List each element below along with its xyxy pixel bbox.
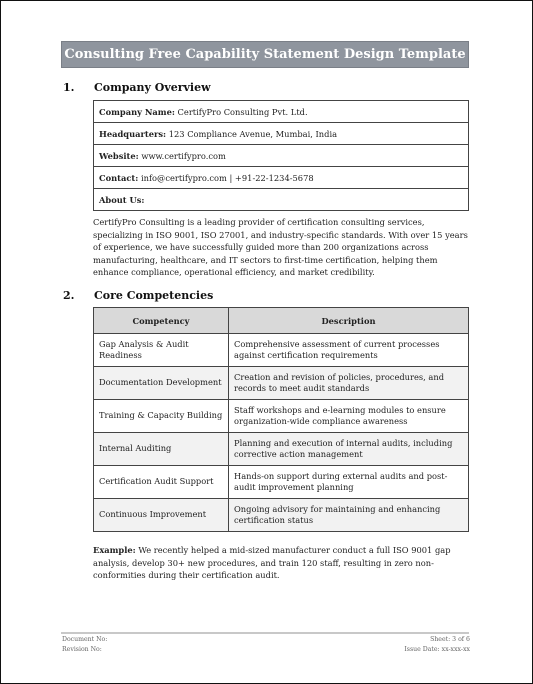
footer-divider (61, 632, 469, 634)
section-heading-core-competencies: 2.Core Competencies (63, 289, 213, 302)
competency-cell: Gap Analysis & Audit Readiness (94, 334, 229, 367)
table-row: Gap Analysis & Audit Readiness Comprehen… (94, 334, 469, 367)
info-row-headquarters: Headquarters: 123 Compliance Avenue, Mum… (94, 123, 469, 145)
info-row-website: Website: www.certifypro.com (94, 145, 469, 167)
footer-document-no: Document No: (62, 636, 107, 643)
example-paragraph: Example: We recently helped a mid-sized … (93, 544, 471, 582)
competency-cell: Certification Audit Support (94, 466, 229, 499)
table-row: Certification Audit Support Hands-on sup… (94, 466, 469, 499)
info-label: Website: (99, 151, 139, 161)
info-value: CertifyPro Consulting Pvt. Ltd. (175, 107, 308, 117)
info-row-about-us: About Us: (94, 189, 469, 211)
description-cell: Ongoing advisory for maintaining and enh… (229, 499, 469, 532)
description-cell: Planning and execution of internal audit… (229, 433, 469, 466)
table-row: Training & Capacity Building Staff works… (94, 400, 469, 433)
section-number: 2. (63, 289, 94, 302)
competency-cell: Internal Auditing (94, 433, 229, 466)
description-cell: Comprehensive assessment of current proc… (229, 334, 469, 367)
section-title: Company Overview (94, 81, 211, 94)
footer-sheet: Sheet: 3 of 6 (430, 636, 470, 643)
description-cell: Staff workshops and e-learning modules t… (229, 400, 469, 433)
competency-cell: Continuous Improvement (94, 499, 229, 532)
info-label: About Us: (99, 195, 145, 205)
competencies-table: Competency Description Gap Analysis & Au… (93, 307, 469, 532)
info-value: info@certifypro.com | +91-22-1234-5678 (138, 173, 313, 183)
section-title: Core Competencies (94, 289, 213, 302)
table-header-row: Competency Description (94, 308, 469, 334)
info-value: www.certifypro.com (139, 151, 226, 161)
document-title: Consulting Free Capability Statement Des… (61, 41, 469, 68)
column-header-competency: Competency (94, 308, 229, 334)
description-cell: Creation and revision of policies, proce… (229, 367, 469, 400)
info-label: Company Name: (99, 107, 175, 117)
example-label: Example: (93, 545, 136, 555)
info-row-contact: Contact: info@certifypro.com | +91-22-12… (94, 167, 469, 189)
info-label: Contact: (99, 173, 138, 183)
about-us-paragraph: CertifyPro Consulting is a leading provi… (93, 216, 471, 279)
table-row: Continuous Improvement Ongoing advisory … (94, 499, 469, 532)
info-label: Headquarters: (99, 129, 166, 139)
description-cell: Hands-on support during external audits … (229, 466, 469, 499)
competency-cell: Training & Capacity Building (94, 400, 229, 433)
column-header-description: Description (229, 308, 469, 334)
example-text: We recently helped a mid-sized manufactu… (93, 545, 451, 580)
section-number: 1. (63, 81, 94, 94)
table-row: Internal Auditing Planning and execution… (94, 433, 469, 466)
company-info-table: Company Name: CertifyPro Consulting Pvt.… (93, 100, 469, 211)
footer-revision-no: Revision No: (62, 646, 102, 653)
info-value: 123 Compliance Avenue, Mumbai, India (166, 129, 337, 139)
table-row: Documentation Development Creation and r… (94, 367, 469, 400)
footer-issue-date: Issue Date: xx-xxx-xx (404, 646, 470, 653)
info-row-company-name: Company Name: CertifyPro Consulting Pvt.… (94, 101, 469, 123)
competency-cell: Documentation Development (94, 367, 229, 400)
section-heading-company-overview: 1.Company Overview (63, 81, 211, 94)
